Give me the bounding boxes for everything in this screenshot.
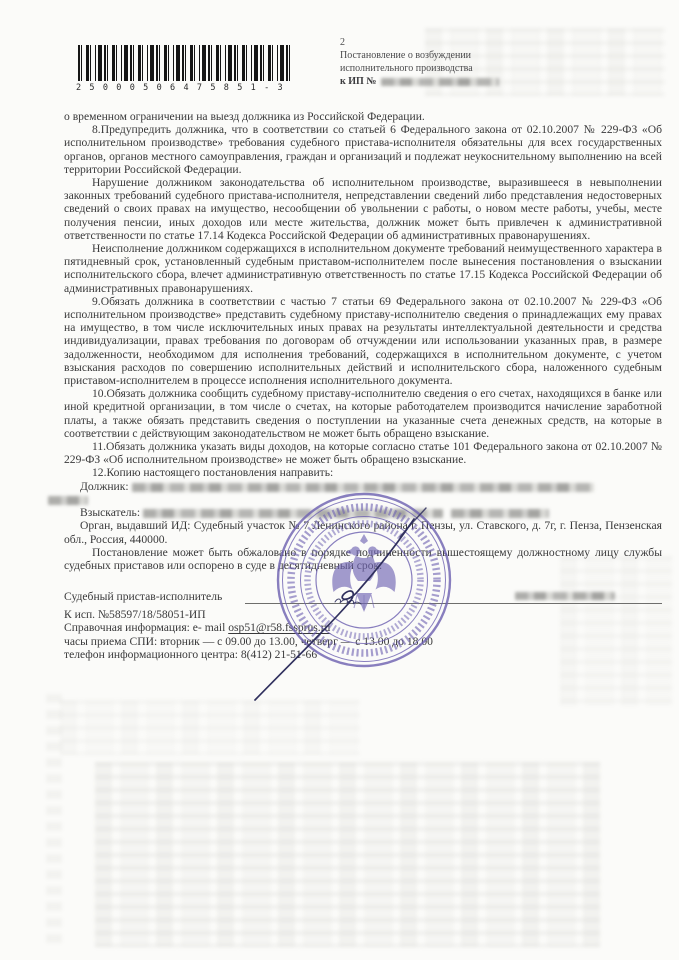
page-number: 2 [340,36,530,49]
paragraph-continuation: о временном ограничении на выезд должник… [64,110,662,123]
redacted-debtor-info-cont [48,496,88,505]
redacted-ip-number [381,78,499,86]
redacted-officer-name [515,592,615,600]
scanned-document-page: 2 5 0 0 0 5 0 6 4 7 5 8 5 1 - 3 2 Постан… [0,0,679,960]
debtor-label: Должник: [80,480,129,493]
doc-type-line2: исполнительного производства [340,62,530,75]
bleed-through-texture [95,762,600,947]
paragraph-8: 8.Предупредить должника, что в соответст… [64,123,662,176]
pen-signature [238,498,468,713]
paragraph-10: 10.Обязать должника сообщить судебному п… [64,387,662,440]
paragraph-12: 12.Копию настоящего постановления направ… [64,466,662,479]
ip-reference-line: к ИП № [340,75,530,88]
paragraph-11: 11.Обязать должника указать виды доходов… [64,440,662,466]
doc-type-line1: Постановление о возбуждении [340,49,530,62]
info-label: Справочная информация: e- mail [64,621,225,634]
barcode [78,45,290,81]
ip-ref-label: к ИП № [340,75,376,88]
barcode-digits: 2 5 0 0 0 5 0 6 4 7 5 8 5 1 - 3 [76,83,294,93]
paragraph-violation-17-14: Нарушение должником законодательства об … [64,176,662,242]
officer-title: Судебный пристав-исполнитель [64,590,222,603]
paragraph-9: 9.Обязать должника в соответствии с част… [64,295,662,387]
document-header: 2 Постановление о возбуждении исполнител… [340,36,530,88]
bleed-through-texture [46,688,62,943]
paragraph-violation-17-15: Неисполнение должником содержащихся в ис… [64,242,662,295]
creditor-label: Взыскатель: [80,506,140,519]
